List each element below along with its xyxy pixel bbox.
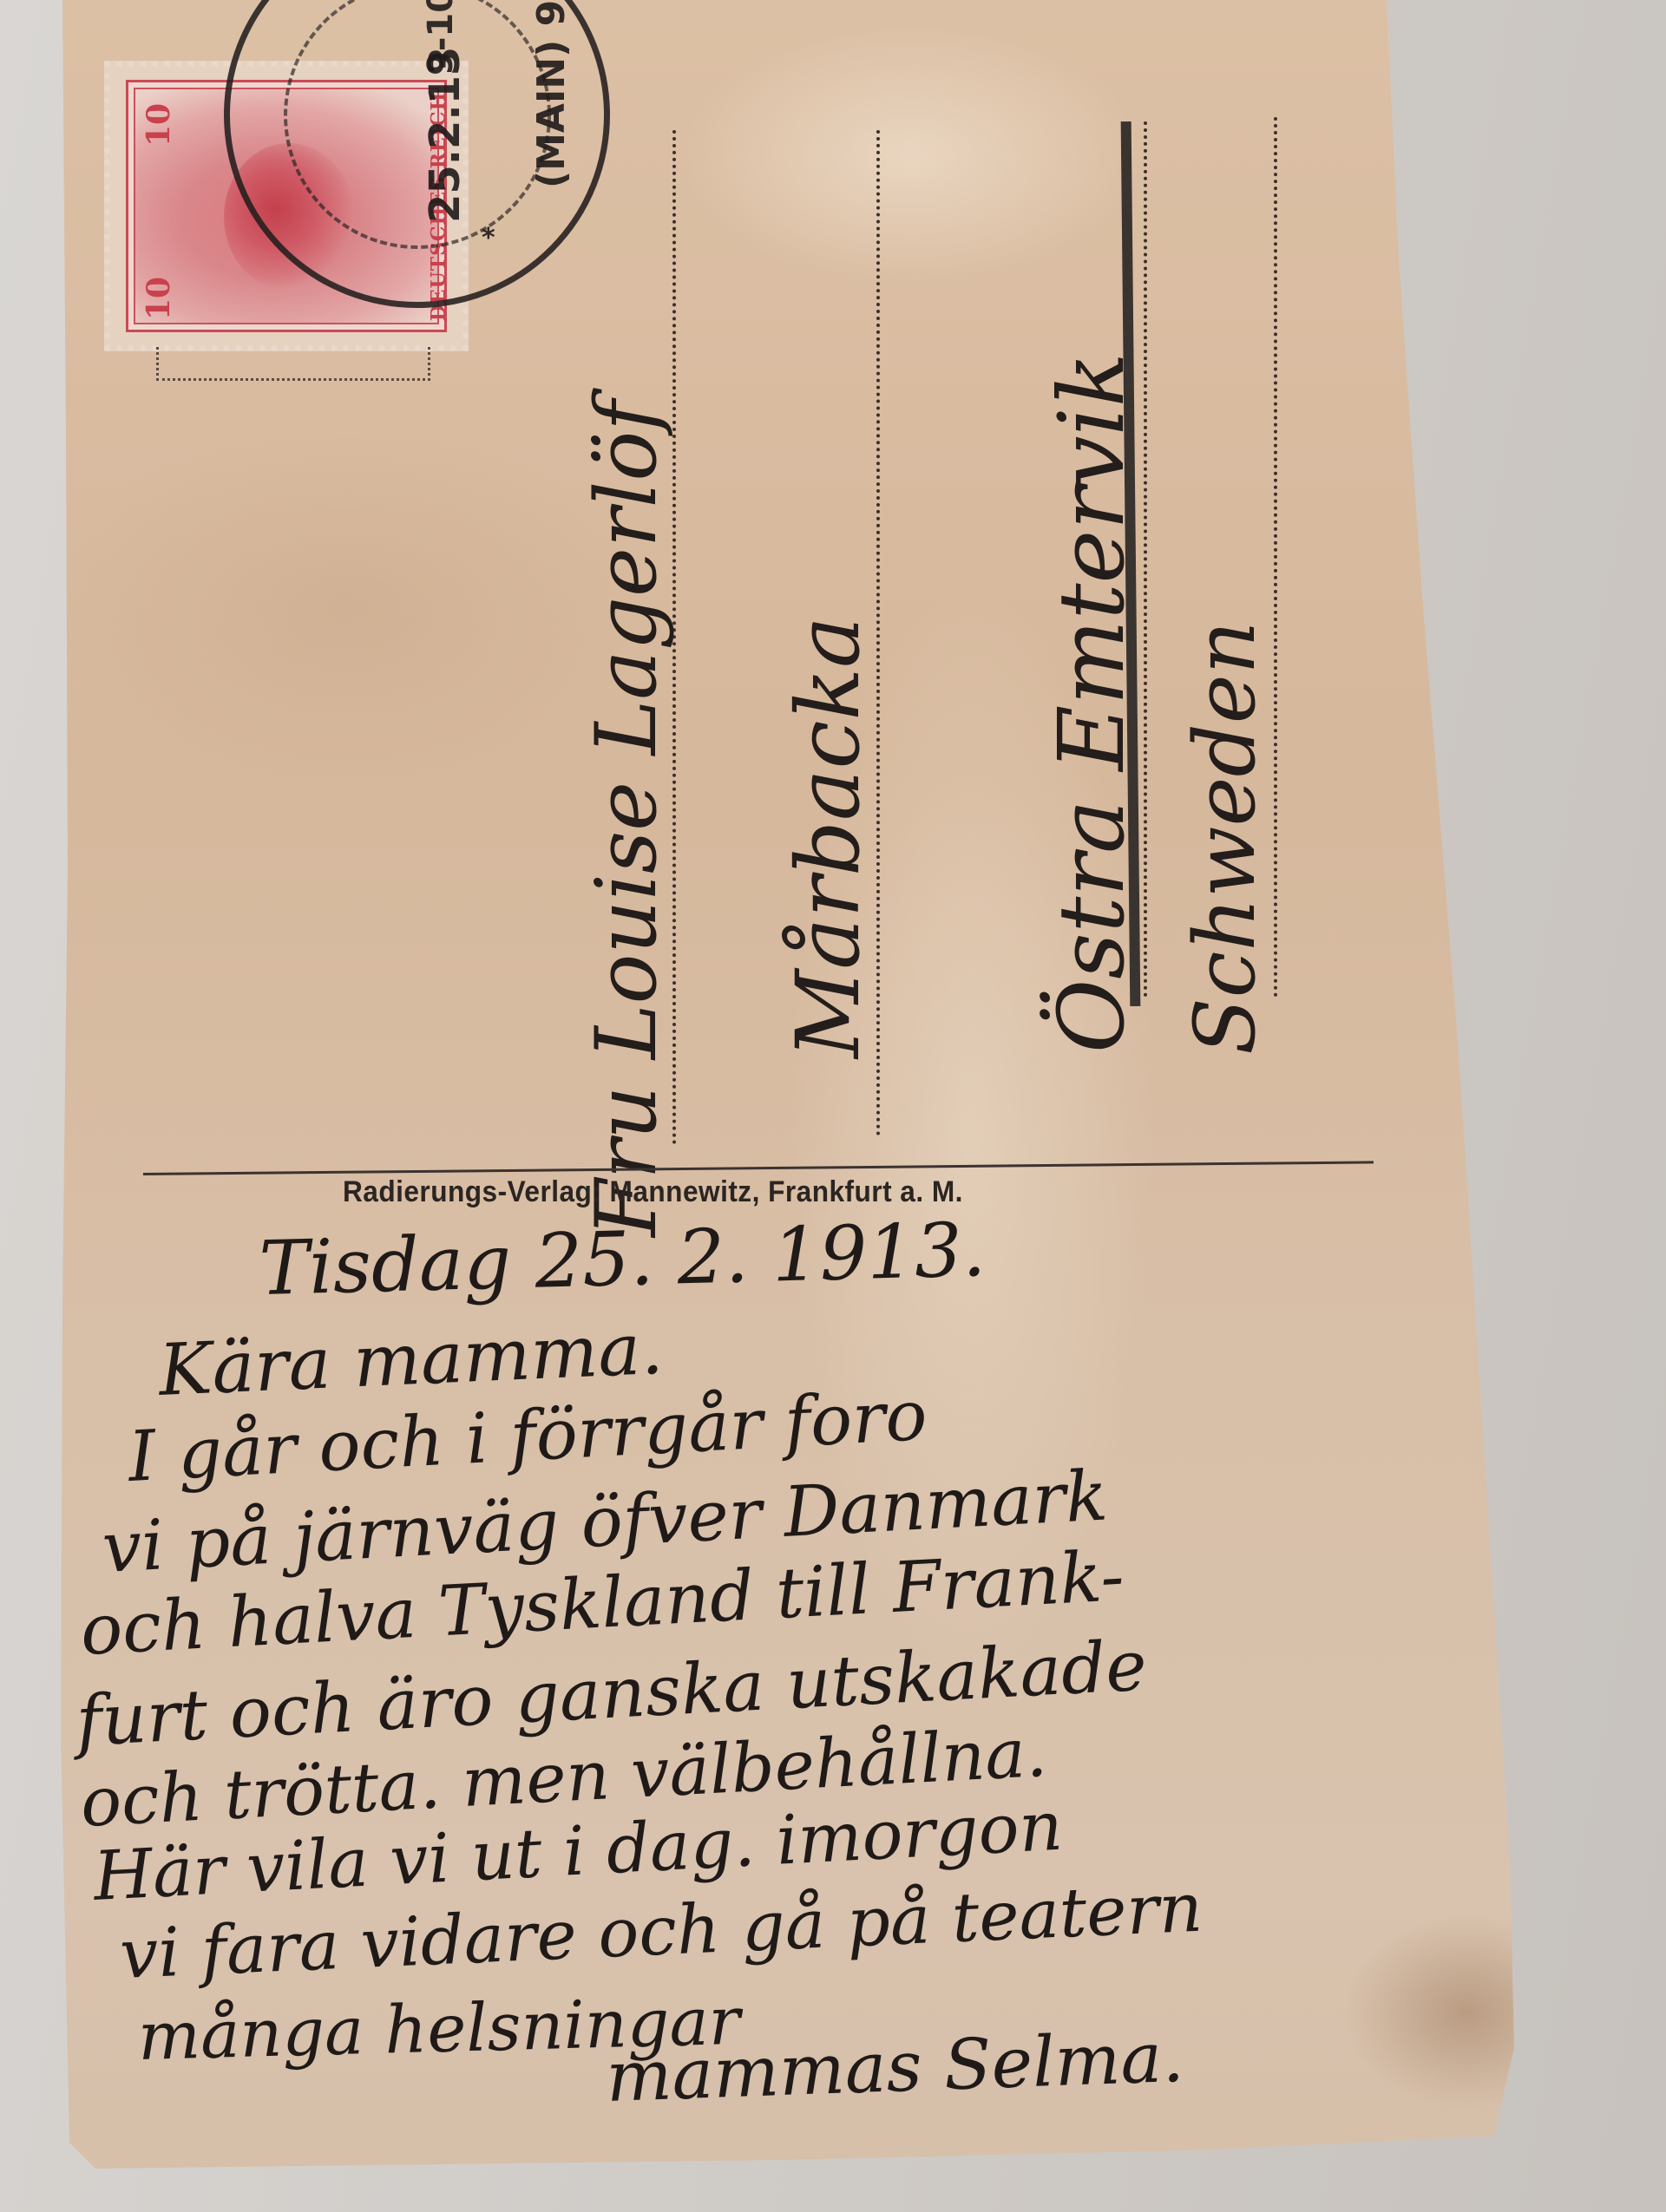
address-recipient: Fru Louise Lagerlöf xyxy=(585,400,668,1237)
message-date: Tisdag 25. 2. 1913. xyxy=(259,1213,987,1306)
publisher-imprint: Radierungs-Verlag: Mannewitz, Frankfurt … xyxy=(343,1175,963,1209)
postmark-inner-ring xyxy=(284,0,551,249)
postcard: 10 10 DEUTSCHES REICH (MAIN) 9 25.2.13 9… xyxy=(0,0,1666,2212)
postmark-city: (MAIN) 9 xyxy=(529,0,574,188)
stamp-value-bottom: 10 xyxy=(141,277,177,320)
address-country: Schweden xyxy=(1184,621,1267,1055)
stamp-value-top: 10 xyxy=(141,103,177,147)
message-divider-line xyxy=(143,1161,1374,1175)
stamp-placement-box xyxy=(156,347,430,381)
postmark-star-icon: * xyxy=(482,223,495,253)
address-parish: Östra Emtervik xyxy=(1046,352,1137,1053)
postmark-time: 9-10 xyxy=(421,0,461,75)
address-line-4-rule xyxy=(1274,117,1277,998)
message-signature: mammas Selma. xyxy=(605,2023,1185,2112)
address-estate: Mårbacka xyxy=(785,616,872,1058)
